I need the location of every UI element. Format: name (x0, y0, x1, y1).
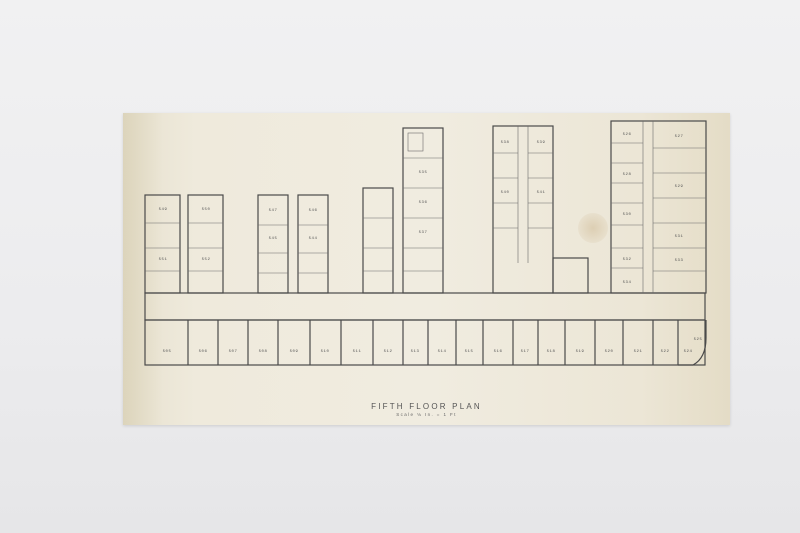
room-525-label: 525 (694, 338, 703, 342)
room-538-label: 538 (501, 141, 510, 145)
floor-plan-drawing (123, 113, 730, 425)
room-513-label: 513 (411, 350, 420, 354)
room-539-label: 539 (537, 141, 546, 145)
room-515-label: 515 (465, 350, 474, 354)
room-520-label: 520 (605, 350, 614, 354)
floor-plan-sheet: 505 506 507 508 509 510 511 512 513 514 … (123, 113, 730, 425)
room-514-label: 514 (438, 350, 447, 354)
room-524-label: 524 (684, 350, 693, 354)
room-518-label: 518 (547, 350, 556, 354)
room-527-label: 527 (675, 135, 684, 139)
room-532-label: 532 (623, 258, 632, 262)
room-546-label: 546 (309, 209, 318, 213)
room-549-label: 549 (159, 208, 168, 212)
room-519-label: 519 (576, 350, 585, 354)
room-541-label: 541 (537, 191, 546, 195)
room-505-label: 505 (163, 350, 172, 354)
room-544-label: 544 (309, 237, 318, 241)
room-522-label: 522 (661, 350, 670, 354)
room-516-label: 516 (494, 350, 503, 354)
room-506-label: 506 (199, 350, 208, 354)
room-552-label: 552 (202, 258, 211, 262)
room-512-label: 512 (384, 350, 393, 354)
room-531-label: 531 (675, 235, 684, 239)
room-508-label: 508 (259, 350, 268, 354)
drawing-scale: Scale ⅛ In. = 1 Ft (123, 412, 730, 417)
room-550-label: 550 (202, 208, 211, 212)
room-536-label: 536 (419, 201, 428, 205)
room-551-label: 551 (159, 258, 168, 262)
room-526-label: 526 (623, 133, 632, 137)
room-529-label: 529 (675, 185, 684, 189)
room-507-label: 507 (229, 350, 238, 354)
room-510-label: 510 (321, 350, 330, 354)
room-517-label: 517 (521, 350, 530, 354)
room-511-label: 511 (353, 350, 362, 354)
room-540-label: 540 (501, 191, 510, 195)
room-509-label: 509 (290, 350, 299, 354)
room-534-label: 534 (623, 281, 632, 285)
room-521-label: 521 (634, 350, 643, 354)
room-545-label: 545 (269, 237, 278, 241)
room-528-label: 528 (623, 173, 632, 177)
room-530-label: 530 (623, 213, 632, 217)
room-537-label: 537 (419, 231, 428, 235)
drawing-title: Fifth Floor Plan (123, 402, 730, 411)
room-533-label: 533 (675, 259, 684, 263)
room-535-label: 535 (419, 171, 428, 175)
room-547-label: 547 (269, 209, 278, 213)
